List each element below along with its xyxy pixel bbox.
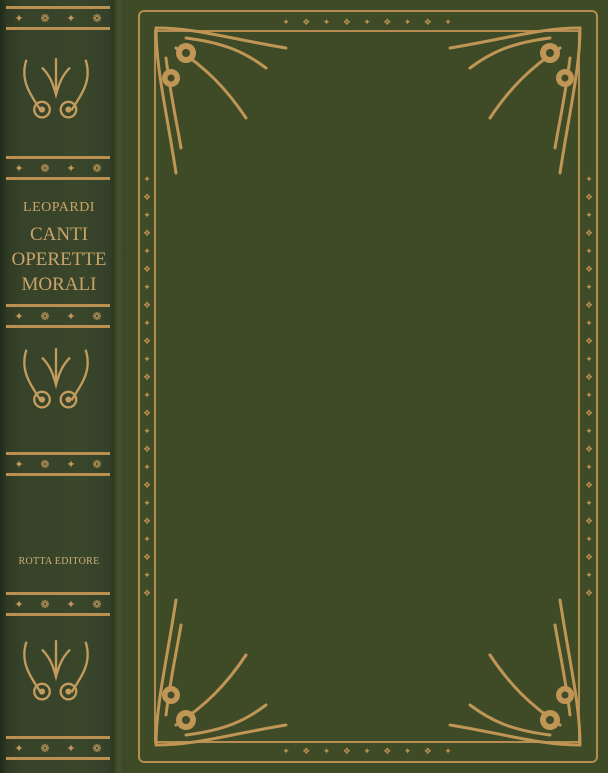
book: ✦❁✦❁ ✦❁✦❁ LEOPARDI CANTI OPERETTE MORALI… xyxy=(0,0,608,773)
spine-title-line-2: OPERETTE xyxy=(6,247,112,272)
corner-ornament-top-right-icon xyxy=(440,8,600,178)
spine-author: LEOPARDI xyxy=(6,200,112,216)
spine-title-line-3: MORALI xyxy=(6,272,112,297)
spine-hinge xyxy=(112,0,126,773)
spine-publisher: ROTTA EDITORE xyxy=(6,556,112,567)
spine-band: ✦❁✦❁ xyxy=(6,304,110,328)
fleuron-ornament-icon xyxy=(8,634,104,704)
spine-band: ✦❁✦❁ xyxy=(6,6,110,30)
fleuron-ornament-icon xyxy=(8,342,104,412)
spine-band: ✦❁✦❁ xyxy=(6,156,110,180)
spine-band: ✦❁✦❁ xyxy=(6,736,110,760)
border-ornaments-top: ✦❖✦❖✦❖✦❖✦ xyxy=(276,15,458,29)
border-ornaments-bottom: ✦❖✦❖✦❖✦❖✦ xyxy=(276,744,458,758)
front-cover: ✦❖✦❖✦❖✦❖✦ ✦❖✦❖✦❖✦❖✦ ✦❖✦❖✦❖✦❖✦❖✦❖✦❖✦❖✦❖✦❖… xyxy=(126,0,608,773)
border-ornaments-left: ✦❖✦❖✦❖✦❖✦❖✦❖✦❖✦❖✦❖✦❖✦❖✦❖ xyxy=(140,170,154,603)
fleuron-ornament-icon xyxy=(8,52,104,122)
spine-title-line-1: CANTI xyxy=(6,222,112,247)
border-ornaments-right: ✦❖✦❖✦❖✦❖✦❖✦❖✦❖✦❖✦❖✦❖✦❖✦❖ xyxy=(582,170,596,603)
corner-ornament-bottom-right-icon xyxy=(440,595,600,765)
corner-ornament-bottom-left-icon xyxy=(136,595,296,765)
spine-band: ✦❁✦❁ xyxy=(6,452,110,476)
spine-band: ✦❁✦❁ xyxy=(6,592,110,616)
book-spine: ✦❁✦❁ ✦❁✦❁ LEOPARDI CANTI OPERETTE MORALI… xyxy=(0,0,118,773)
corner-ornament-top-left-icon xyxy=(136,8,296,178)
